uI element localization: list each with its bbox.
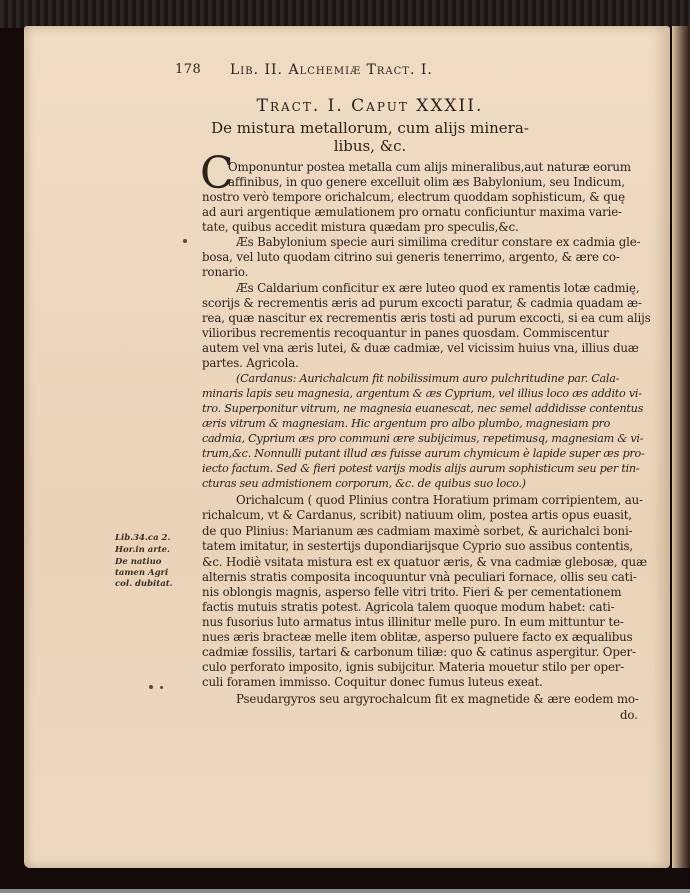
body-line: cadmiæ fossilis, tartari & carbonum tili… [202,645,642,659]
body-line: nostro verò tempore orichalcum, electrum… [202,190,642,204]
ink-dot-mark [149,685,153,689]
body-line: partes. Agricola. [202,356,642,370]
body-line: affinibus, in quo genere excelluit olim … [228,175,642,189]
body-line: ronario. [202,265,642,279]
body-line-italic: minaris lapis seu magnesia, argentum & æ… [202,387,642,401]
body-line: tatem imitatur, in sestertijs dupondiari… [202,539,642,553]
body-line: &c. Hodiè vsitata mistura est ex quatuor… [202,555,642,569]
body-line: do. [620,708,650,722]
body-line: Orichalcum ( quod Plinius contra Horatiu… [236,493,642,507]
body-line: Omponuntur postea metalla cum alijs mine… [228,160,642,174]
chapter-subtitle-line-1: De mistura metallorum, cum alijs minera- [200,119,540,137]
body-line: Pseudargyros seu argyrochalcum fit ex ma… [236,692,642,706]
body-line: culi foramen immisso. Coquitur donec fum… [202,675,642,689]
margin-note: col. dubitat. [115,578,173,590]
body-line: Æs Caldarium conficitur ex ære luteo quo… [236,281,642,295]
body-line: alternis stratis composita incoquuntur v… [202,570,642,584]
body-line: nues æris bracteæ melle item oblitæ, asp… [202,630,642,644]
body-line: ad auri argentique æmulationem pro ornat… [202,205,642,219]
body-line: richalcum, vt & Cardanus, scribit) natiu… [202,508,642,522]
body-line-italic: tro. Superponitur vitrum, ne magnesia eu… [202,402,642,416]
scanner-bottom-band [0,889,690,893]
body-line: nis oblongis magnis, asperso felle vitri… [202,585,642,599]
body-line: autem vel vna æris lutei, & duæ cadmiæ, … [202,341,642,355]
page-right-edge [672,26,690,868]
chapter-subtitle-line-2: libus, &c. [200,137,540,155]
body-line: tate, quibus accedit mistura quædam pro … [202,220,642,234]
body-line-italic: iecto factum. Sed & fieri potest varijs … [202,462,642,476]
body-line-italic: trum,&c. Nonnulli putant illud æs fuisse… [202,447,642,461]
running-head-title: Lib. II. Alchemiæ Tract. I. [230,62,433,78]
body-line: bosa, vel luto quodam citrino sui generi… [202,250,642,264]
ink-dot-mark [183,239,187,243]
body-line: culo perforato imposito, ignis subijcitu… [202,660,642,674]
body-line-italic: æris vitrum & magnesiam. Hic argentum pr… [202,417,642,431]
body-line: vilioribus recrementis recoquantur in pa… [202,326,642,340]
body-line: scorijs & recrementis æris ad purum exco… [202,296,642,310]
body-line-italic: cadmia, Cyprium æs pro communi ære subij… [202,432,642,446]
ink-dot-mark [160,686,163,689]
chapter-title: Tract. I. Caput XXXII. [200,96,540,116]
body-line: factis mutuis stratis potest. Agricola t… [202,600,642,614]
body-line-italic: (Cardanus: Aurichalcum fit nobilissimum … [236,372,642,386]
body-line: rea, quæ nascitur ex recrementis æris to… [202,311,642,325]
body-line: de quo Plinius: Marianum æs cadmiam maxi… [202,524,642,538]
margin-note: Hor.in arte. [115,544,170,556]
page-number: 178 [175,62,201,77]
body-line-italic: cturas seu admistionem corporum, &c. de … [202,477,642,491]
scanner-top-band [0,0,690,28]
body-line: Æs Babylonium specie auri similima credi… [236,235,642,249]
margin-note: Lib.34.ca 2. [115,532,170,544]
body-line: nus fusorius luto armatus intus illinitu… [202,615,642,629]
